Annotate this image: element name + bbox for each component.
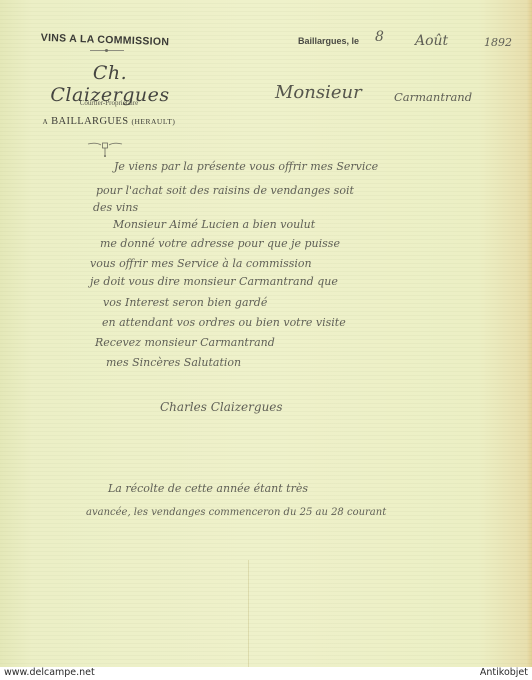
body-line: pour l'achat soit des raisins de vendang… (96, 184, 354, 197)
paper-fold (248, 560, 249, 667)
letterhead-location: A BAILLARGUES (HERAULT) (34, 116, 184, 127)
body-line: en attendant vos ordres ou bien votre vi… (102, 316, 346, 329)
date-year: 1892 (484, 36, 512, 49)
salutation-recipient: Carmantrand (394, 90, 472, 104)
body-line: vos Interest seron bien gardé (103, 296, 267, 309)
body-line: me donné votre adresse pour que je puiss… (100, 237, 340, 250)
body-line: Je viens par la présente vous offrir mes… (114, 160, 378, 173)
postscript-line: La récolte de cette année étant très (108, 482, 308, 495)
salutation-greeting: Monsieur (275, 82, 362, 103)
location-department: (HERAULT) (132, 117, 176, 126)
letter-paper: VINS A LA COMMISSION Ch. Claizergues Cou… (0, 0, 532, 667)
location-town: BAILLARGUES (51, 116, 128, 127)
body-line: des vins (93, 201, 138, 214)
body-line: Recevez monsieur Carmantrand (95, 336, 275, 349)
date-place: Baillargues, le (298, 34, 359, 47)
ornament-icon (86, 140, 124, 160)
body-line: mes Sincères Salutation (106, 356, 241, 369)
footer-seller: Antikobjet (480, 667, 528, 678)
location-prefix: A (43, 118, 48, 126)
body-line: je doit vous dire monsieur Carmantrand q… (90, 275, 338, 288)
body-line: vous offrir mes Service à la commission (90, 257, 312, 270)
signature: Charles Claizergues (160, 400, 283, 414)
body-line: Monsieur Aimé Lucien a bien voulut (113, 218, 315, 231)
letterhead-title: Courtier-Propriétaire (60, 99, 158, 107)
date-place-printed: Baillargues, le (298, 36, 359, 46)
date-day: 8 (375, 29, 384, 45)
postscript-line: avancée, les vendanges commenceron du 25… (86, 507, 386, 518)
letterhead-divider (90, 50, 124, 51)
date-month: Août (415, 33, 448, 49)
letterhead-heading: VINS A LA COMMISSION (30, 31, 180, 48)
footer-source: www.delcampe.net (4, 667, 95, 678)
